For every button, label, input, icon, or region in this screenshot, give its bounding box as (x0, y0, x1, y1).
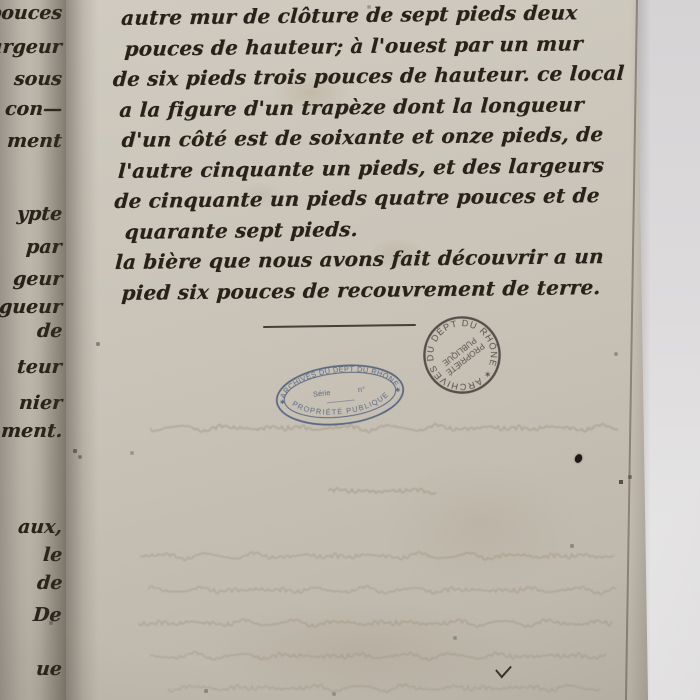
fragment-line: ue (35, 658, 62, 680)
fragment-line: gueur (0, 296, 63, 318)
bleed-through-line (168, 680, 604, 696)
fragment-line: geur (12, 268, 63, 290)
fragment-line: De (33, 604, 63, 626)
fragment-line: par (26, 236, 63, 258)
paper-specks (0, 0, 2, 2)
fragment-line: ypte (16, 203, 63, 225)
manuscript-photo: pouces largeur sous con— ment ypte par g… (0, 0, 700, 700)
fragment-line: aux, (17, 516, 63, 538)
bleed-through-line (140, 548, 618, 564)
fragment-line: con— (4, 98, 63, 120)
left-page-edge: pouces largeur sous con— ment ypte par g… (0, 0, 66, 700)
bleed-through-line (150, 420, 620, 436)
fragment-line: ment (6, 130, 62, 152)
fragment-line: nier (18, 392, 63, 414)
fragment-line: largeur (0, 36, 63, 58)
fragment-line: sous (13, 68, 62, 90)
fragment-line: le (42, 544, 63, 566)
fragment-line: ment. (0, 420, 63, 442)
handwritten-text-block: autre mur de clôture de sept pieds deux … (112, 0, 636, 308)
bleed-through-line (148, 582, 616, 598)
fragment-line: pouces (0, 2, 63, 24)
bleed-through-line (138, 615, 616, 631)
fragment-line: de (36, 572, 63, 594)
fragment-line: teur (17, 356, 63, 378)
bleed-through-line (328, 484, 440, 498)
fragment-line: de (36, 320, 63, 342)
bleed-through-line (150, 648, 608, 664)
handwritten-line: pied six pouces de recouvrement de terre… (121, 271, 637, 308)
